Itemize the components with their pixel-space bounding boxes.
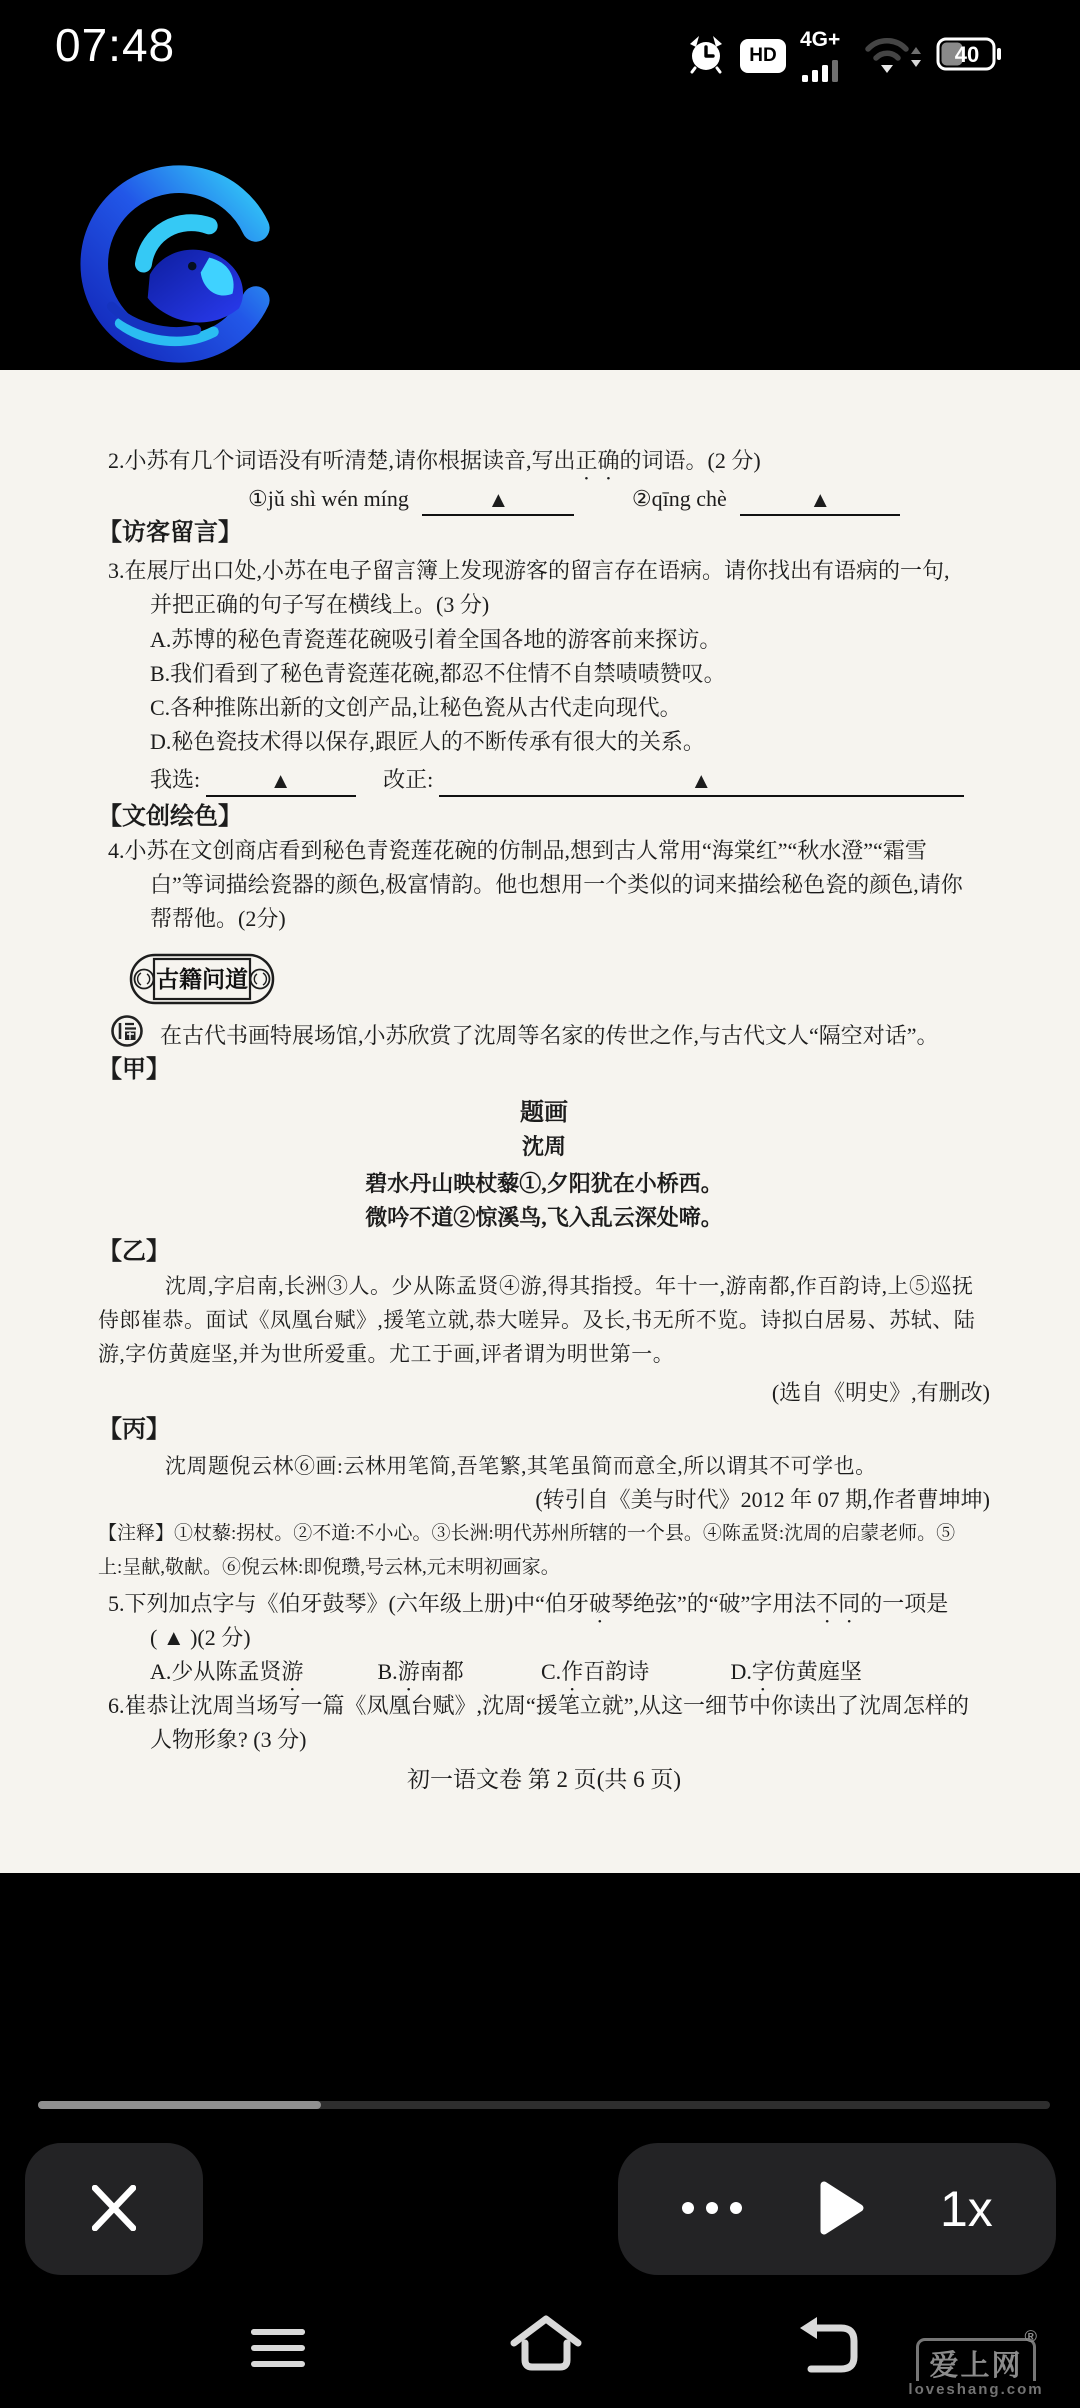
question-3-line-2: 并把正确的句子写在横线上。(3 分) bbox=[150, 588, 990, 622]
question-4-line-1: 4.小苏在文创商店看到秘色青瓷莲花碗的仿制品,想到古人常用“海棠红”“秋水澄”“… bbox=[108, 834, 990, 868]
poem-title: 题画 bbox=[98, 1096, 990, 1130]
more-options-button[interactable] bbox=[675, 2200, 749, 2219]
exam-page: 2.小苏有几个词语没有听清楚,请你根据读音,写出正确的词语。(2 分) ①jǔ … bbox=[0, 370, 1080, 1873]
ancient-books-badge: 古籍问道 bbox=[127, 951, 990, 1007]
yi-text-line-1: 沈周,字启南,长洲③人。少从陈孟贤④游,得其指授。年十一,游南都,作百韵诗,上⑤… bbox=[165, 1269, 990, 1303]
play-button[interactable] bbox=[812, 2178, 872, 2241]
wave-whale-logo-icon bbox=[72, 158, 287, 370]
answer-blank: ▲ bbox=[206, 765, 356, 797]
question-5-options: A.少从陈孟贤游 B.游南都 C.作百韵诗 D.字仿黄庭坚 bbox=[150, 1655, 990, 1689]
question-4-line-3: 帮帮他。(2分) bbox=[150, 902, 990, 936]
status-bar: 07:48 HD 4G+ bbox=[0, 0, 1080, 110]
hd-icon: HD bbox=[740, 39, 786, 73]
battery-icon: 40 bbox=[936, 37, 1002, 76]
section-cultural-creation: 【文创绘色】 bbox=[98, 800, 990, 834]
watermark-brand: 爱上网 ® loveshang.com bbox=[916, 2338, 1036, 2393]
three-dots-icon bbox=[681, 2201, 743, 2218]
video-progress-played bbox=[38, 2101, 321, 2109]
phone-screen: 07:48 HD 4G+ bbox=[0, 0, 1080, 2408]
home-icon bbox=[506, 2359, 586, 2374]
answer-blank: ▲ bbox=[422, 484, 574, 516]
close-button[interactable] bbox=[25, 2143, 203, 2275]
svg-text:古籍问道: 古籍问道 bbox=[156, 966, 248, 992]
back-return-icon bbox=[799, 2361, 859, 2376]
poem-line-1: 碧水丹山映杖藜①,夕阳犹在小桥西。 bbox=[98, 1167, 990, 1201]
choose-label: 我选: bbox=[150, 767, 200, 792]
answer-blank: ▲ bbox=[740, 484, 900, 516]
correct-label: 改正: bbox=[383, 767, 433, 792]
question-4-line-2: 白”等词描绘瓷器的颜色,极富情韵。他也想用一个类似的词来描绘秘色瓷的颜色,请你 bbox=[150, 868, 990, 902]
pinyin-item-2: ②qīng chè bbox=[632, 486, 727, 511]
label-bing: 【丙】 bbox=[98, 1413, 990, 1447]
registered-mark: ® bbox=[1024, 2327, 1039, 2347]
intro-text: 在古代书画特展场馆,小苏欣赏了沈周等名家的传世之作,与古代文人“隔空对话”。 bbox=[160, 1019, 939, 1053]
section-visitor-message: 【访客留言】 bbox=[98, 516, 990, 550]
cell-signal-icon: 4G+ bbox=[800, 30, 850, 82]
video-progress-bar[interactable] bbox=[38, 2101, 1050, 2109]
yi-text-line-3: 游,字仿黄庭坚,并为世所爱重。尤工于画,评者谓为明世第一。 bbox=[98, 1337, 990, 1371]
answer-line: 我选: ▲ 改正: ▲ bbox=[150, 763, 990, 797]
option-b: B.我们看到了秘色青瓷莲花碗,都忍不住情不自禁啧啧赞叹。 bbox=[150, 657, 990, 691]
option-d: D.秘色瓷技术得以保存,跟匠人的不断传承有很大的关系。 bbox=[150, 725, 990, 759]
watermark: 爱上网 ® loveshang.com bbox=[916, 2338, 1036, 2393]
notes-line-2: 上:呈献,敬献。⑥倪云林:即倪瓒,号云林,元末明初画家。 bbox=[98, 1551, 990, 1585]
yi-source: (选自《明史》,有删改) bbox=[98, 1376, 990, 1410]
label-jia: 【甲】 bbox=[98, 1053, 990, 1087]
poem-line-2: 微吟不道②惊溪鸟,飞入乱云深处啼。 bbox=[98, 1201, 990, 1235]
watermark-domain: loveshang.com bbox=[905, 2381, 1046, 2398]
yi-text-line-2: 侍郎崔恭。面试《凤凰台赋》,援笔立就,恭大嗟异。及长,书无所不览。诗拟白居易、苏… bbox=[98, 1303, 990, 1337]
wifi-icon bbox=[864, 33, 922, 80]
home-button[interactable] bbox=[500, 2312, 592, 2375]
status-icons: HD 4G+ bbox=[686, 30, 1002, 82]
question-3-line-1: 3.在展厅出口处,小苏在电子留言簿上发现游客的留言存在语病。请你找出有语病的一句… bbox=[108, 554, 990, 588]
option-a: A.苏博的秘色青瓷莲花碗吸引着全国各地的游客前来探访。 bbox=[150, 623, 990, 657]
bing-source: (转引自《美与时代》2012 年 07 期,作者曹坤坤) bbox=[98, 1483, 990, 1517]
alarm-clock-icon bbox=[686, 33, 726, 80]
seal-icon bbox=[110, 1014, 144, 1058]
player-pill: 1x bbox=[618, 2143, 1056, 2275]
page-footer: 初一语文卷 第 2 页(共 6 页) bbox=[98, 1763, 990, 1797]
question-5-line-2: ( ▲ )(2 分) bbox=[150, 1621, 990, 1655]
hamburger-icon bbox=[251, 2329, 305, 2335]
clock-time: 07:48 bbox=[55, 18, 175, 72]
question-6-line-2: 人物形象? (3 分) bbox=[150, 1723, 990, 1757]
pinyin-item-1: ①jǔ shì wén míng bbox=[248, 486, 409, 511]
question-5-line-1: 5.下列加点字与《伯牙鼓琴》(六年级上册)中“伯牙破琴绝弦”的“破”字用法不同的… bbox=[108, 1587, 990, 1621]
back-button[interactable] bbox=[793, 2314, 865, 2377]
option-c: C.各种推陈出新的文创产品,让秘色瓷从古代走向现代。 bbox=[150, 691, 990, 725]
close-icon bbox=[92, 2185, 136, 2234]
label-yi: 【乙】 bbox=[98, 1235, 990, 1269]
playback-speed-button[interactable]: 1x bbox=[934, 2179, 999, 2239]
question-2-blanks: ①jǔ shì wén míng ▲ ②qīng chè ▲ bbox=[248, 482, 990, 516]
question-2: 2.小苏有几个词语没有听清楚,请你根据读音,写出正确的词语。(2 分) bbox=[108, 444, 990, 478]
answer-blank: ▲ bbox=[439, 765, 964, 797]
notes-line-1: 【注释】①杖藜:拐杖。②不道:不小心。③长洲:明代苏州所辖的一个县。④陈孟贤:沈… bbox=[98, 1517, 990, 1551]
recents-button[interactable] bbox=[245, 2318, 311, 2346]
question-6-line-1: 6.崔恭让沈周当场写一篇《凤凰台赋》,沈周“援笔立就”,从这一细节中你读出了沈周… bbox=[108, 1689, 990, 1723]
poem-author: 沈周 bbox=[98, 1130, 990, 1164]
network-type-label: 4G+ bbox=[800, 28, 840, 52]
intro-line: 在古代书画特展场馆,小苏欣赏了沈周等名家的传世之作,与古代文人“隔空对话”。 bbox=[110, 1019, 990, 1053]
bing-text-line-1: 沈周题倪云林⑥画:云林用笔简,吾笔繁,其笔虽简而意全,所以谓其不可学也。 bbox=[165, 1449, 990, 1483]
svg-text:40: 40 bbox=[955, 42, 979, 67]
play-icon bbox=[818, 2179, 866, 2240]
